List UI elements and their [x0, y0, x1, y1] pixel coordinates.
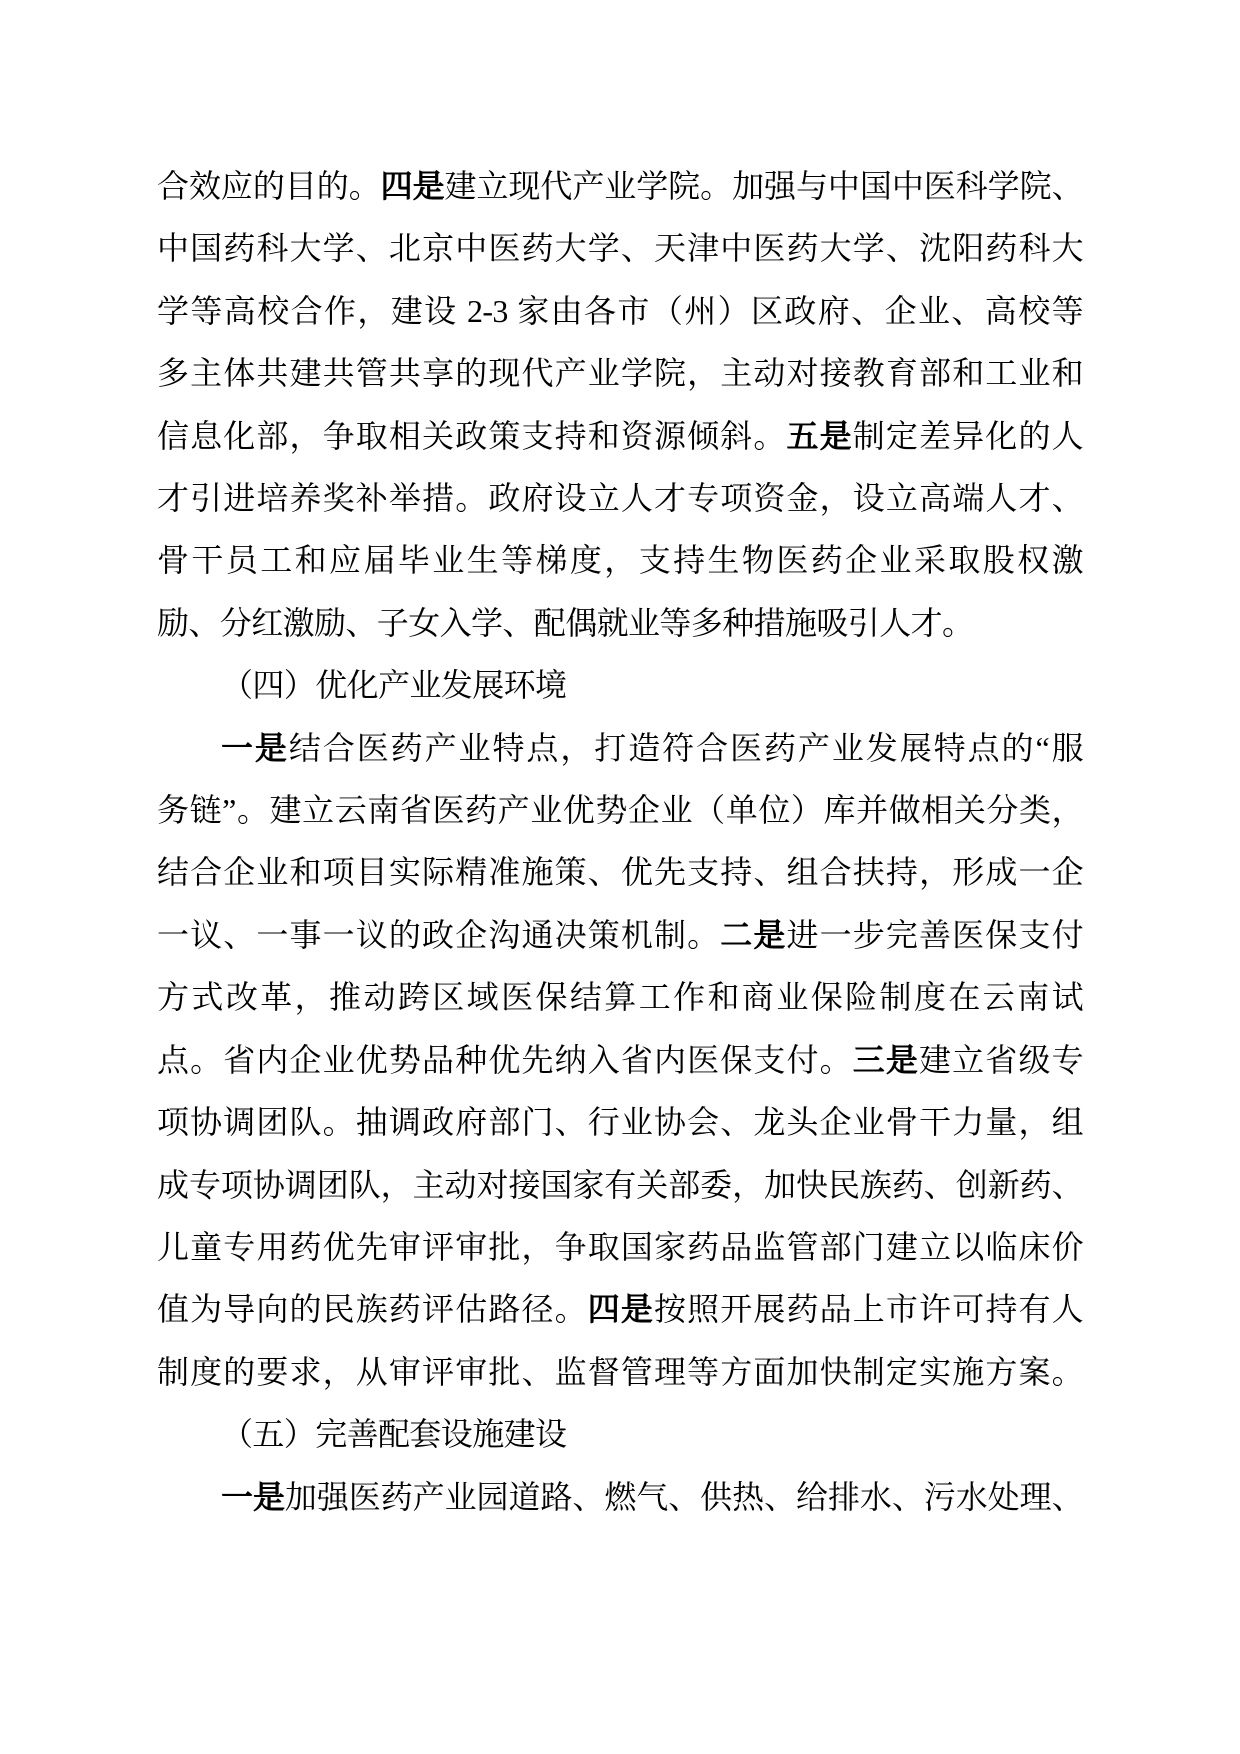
text-line: 多主体共建共管共享的现代产业学院，主动对接教育部和工业和 [157, 342, 1083, 404]
text-segment: 建立省级专 [919, 1042, 1083, 1078]
text-line: 一是结合医药产业特点，打造符合医药产业发展特点的“服 [157, 717, 1083, 779]
text-segment: 结合企业和项目实际精准施策、优先支持、组合扶持，形成一企 [157, 854, 1083, 890]
text-segment: 学等高校合作，建设 2-3 家由各市（州）区政府、企业、高校等 [157, 293, 1083, 329]
text-block: 合效应的目的。四是建立现代产业学院。加强与中国中医科学院、中国药科大学、北京中医… [157, 155, 1083, 1528]
text-segment: 儿童专用药优先审评审批，争取国家药品监管部门建立以临床价 [157, 1229, 1083, 1265]
text-segment: 信息化部，争取相关政策支持和资源倾斜。 [157, 418, 787, 454]
text-segment: 务链”。建立云南省医药产业优势企业（单位）库并做相关分类， [157, 792, 1083, 828]
section-heading: （四）优化产业发展环境 [157, 654, 1083, 716]
text-segment: 一议、一事一议的政企沟通决策机制。 [157, 917, 720, 953]
ordinal-marker: 五是 [787, 418, 853, 454]
text-segment: 按照开展药品上市许可持有人 [654, 1291, 1083, 1327]
text-segment: 骨干员工和应届毕业生等梯度，支持生物医药企业采取股权激 [157, 542, 1083, 578]
text-line: 儿童专用药优先审评审批，争取国家药品监管部门建立以临床价 [157, 1216, 1083, 1278]
text-line: 务链”。建立云南省医药产业优势企业（单位）库并做相关分类， [157, 779, 1083, 841]
text-segment: 合效应的目的。 [157, 168, 381, 204]
text-segment: （四）优化产业发展环境 [221, 667, 566, 703]
ordinal-marker: 三是 [853, 1042, 919, 1078]
text-segment: 加强医药产业园道路、燃气、供热、给排水、污水处理、 [285, 1479, 1083, 1515]
text-line: 中国药科大学、北京中医药大学、天津中医药大学、沈阳药科大 [157, 217, 1083, 279]
text-segment: 值为导向的民族药评估路径。 [157, 1291, 588, 1327]
section-heading: （五）完善配套设施建设 [157, 1403, 1083, 1465]
ordinal-marker: 四是 [588, 1291, 654, 1327]
text-segment: 方式改革，推动跨区域医保结算工作和商业保险制度在云南试 [157, 979, 1083, 1015]
text-segment: 制度的要求，从审评审批、监督管理等方面加快制定实施方案。 [157, 1354, 1083, 1390]
text-line: 一议、一事一议的政企沟通决策机制。二是进一步完善医保支付 [157, 904, 1083, 966]
text-line: 励、分红激励、子女入学、配偶就业等多种措施吸引人才。 [157, 592, 1083, 654]
ordinal-marker: 一是 [221, 730, 289, 766]
text-segment: 成专项协调团队，主动对接国家有关部委，加快民族药、创新药、 [157, 1167, 1083, 1203]
text-line: 信息化部，争取相关政策支持和资源倾斜。五是制定差异化的人 [157, 405, 1083, 467]
text-segment: 中国药科大学、北京中医药大学、天津中医药大学、沈阳药科大 [157, 230, 1083, 266]
text-segment: （五）完善配套设施建设 [221, 1416, 566, 1452]
text-line: 合效应的目的。四是建立现代产业学院。加强与中国中医科学院、 [157, 155, 1083, 217]
text-line: 一是加强医药产业园道路、燃气、供热、给排水、污水处理、 [157, 1466, 1083, 1528]
text-line: 值为导向的民族药评估路径。四是按照开展药品上市许可持有人 [157, 1278, 1083, 1340]
ordinal-marker: 四是 [381, 168, 445, 204]
text-segment: 结合医药产业特点，打造符合医药产业发展特点的“服 [289, 730, 1083, 766]
text-line: 结合企业和项目实际精准施策、优先支持、组合扶持，形成一企 [157, 841, 1083, 903]
text-segment: 项协调团队。抽调政府部门、行业协会、龙头企业骨干力量，组 [157, 1104, 1083, 1140]
text-line: 制度的要求，从审评审批、监督管理等方面加快制定实施方案。 [157, 1341, 1083, 1403]
text-line: 才引进培养奖补举措。政府设立人才专项资金，设立高端人才、 [157, 467, 1083, 529]
text-segment: 制定差异化的人 [853, 418, 1083, 454]
text-line: 学等高校合作，建设 2-3 家由各市（州）区政府、企业、高校等 [157, 280, 1083, 342]
ordinal-marker: 一是 [221, 1479, 285, 1515]
ordinal-marker: 二是 [720, 917, 786, 953]
text-segment: 才引进培养奖补举措。政府设立人才专项资金，设立高端人才、 [157, 480, 1083, 516]
text-segment: 励、分红激励、子女入学、配偶就业等多种措施吸引人才。 [157, 605, 973, 641]
text-segment: 建立现代产业学院。加强与中国中医科学院、 [445, 168, 1083, 204]
document-page: 合效应的目的。四是建立现代产业学院。加强与中国中医科学院、中国药科大学、北京中医… [0, 0, 1240, 1754]
text-line: 点。省内企业优势品种优先纳入省内医保支付。三是建立省级专 [157, 1029, 1083, 1091]
text-segment: 进一步完善医保支付 [787, 917, 1083, 953]
text-line: 骨干员工和应届毕业生等梯度，支持生物医药企业采取股权激 [157, 529, 1083, 591]
text-line: 方式改革，推动跨区域医保结算工作和商业保险制度在云南试 [157, 966, 1083, 1028]
text-line: 项协调团队。抽调政府部门、行业协会、龙头企业骨干力量，组 [157, 1091, 1083, 1153]
text-segment: 多主体共建共管共享的现代产业学院，主动对接教育部和工业和 [157, 355, 1083, 391]
text-line: 成专项协调团队，主动对接国家有关部委，加快民族药、创新药、 [157, 1154, 1083, 1216]
text-segment: 点。省内企业优势品种优先纳入省内医保支付。 [157, 1042, 853, 1078]
